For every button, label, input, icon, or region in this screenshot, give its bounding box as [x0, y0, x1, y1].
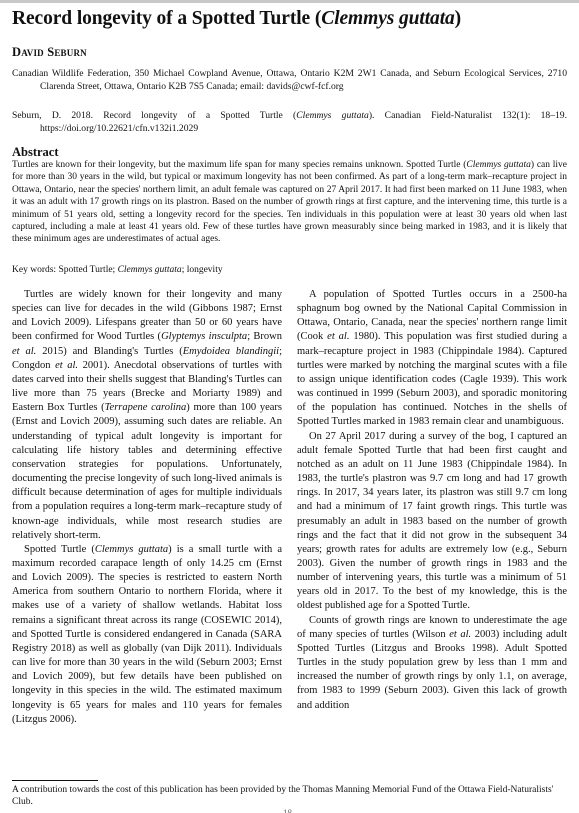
article-title: Record longevity of a Spotted Turtle (Cl… [12, 8, 572, 30]
keywords-rest: ; longevity [182, 265, 223, 275]
page-number: 18 [283, 808, 292, 813]
italic-run: Terrapene carolina [105, 402, 187, 413]
text-run: ) is a small turtle with a maximum recor… [12, 544, 282, 725]
page-top-edge [0, 0, 579, 3]
abstract-text: Turtles are known for their longevity, b… [12, 159, 567, 246]
body-paragraph: Spotted Turtle (Clemmys guttata) is a sm… [12, 543, 282, 727]
text-run: Spotted Turtle ( [24, 544, 95, 555]
keywords: Key words: Spotted Turtle; Clemmys gutta… [12, 264, 567, 276]
text-run: 2015) and Blanding's Turtles ( [36, 346, 182, 357]
body-column-left: Turtles are widely known for their longe… [12, 288, 282, 727]
article-citation: Seburn, D. 2018. Record longevity of a S… [12, 110, 567, 135]
italic-run: Glyptemys insculpta [161, 331, 247, 342]
body-paragraph: Counts of growth rings are known to unde… [297, 614, 567, 713]
keyword-species-italic: Clemmys guttata [118, 265, 182, 275]
abstract-part: Turtles are known for their longevity, b… [12, 160, 466, 170]
author-affiliation: Canadian Wildlife Federation, 350 Michae… [12, 68, 567, 93]
citation-species-italic: Clemmys guttata [296, 110, 369, 121]
abstract-species-italic: Clemmys guttata [466, 160, 531, 170]
italic-run: Emydoidea blandingii [183, 346, 279, 357]
footnote-divider [12, 780, 98, 781]
title-species-italic: Clemmys guttata [321, 8, 454, 29]
body-column-right: A population of Spotted Turtles occurs i… [297, 288, 567, 713]
italic-run: et al. [327, 331, 349, 342]
title-text: Record longevity of a Spotted Turtle ( [12, 8, 321, 29]
italic-run: et al. [12, 346, 36, 357]
abstract-heading: Abstract [12, 145, 59, 160]
text-run: ; Brown [247, 331, 282, 342]
italic-run: Clemmys guttata [95, 544, 168, 555]
body-paragraph: On 27 April 2017 during a survey of the … [297, 430, 567, 614]
body-paragraph: Turtles are widely known for their longe… [12, 288, 282, 543]
italic-run: et al. [449, 629, 471, 640]
italic-run: et al. [55, 360, 78, 371]
keywords-label: Key words: Spotted Turtle; [12, 265, 118, 275]
author-name: David Seburn [12, 45, 87, 60]
text-run: ) more than 100 years (Ernst and Lovich … [12, 402, 282, 540]
abstract-part: ) can live for more than 30 years in the… [12, 160, 567, 244]
citation-text: Seburn, D. 2018. Record longevity of a S… [12, 110, 296, 121]
footnote: A contribution towards the cost of this … [12, 784, 567, 809]
text-run: 1980). This population was first studied… [297, 331, 567, 427]
body-paragraph: A population of Spotted Turtles occurs i… [297, 288, 567, 430]
title-close-paren: ) [455, 8, 461, 29]
text-run: 2003) including adult Spotted Turtles (L… [297, 629, 567, 711]
